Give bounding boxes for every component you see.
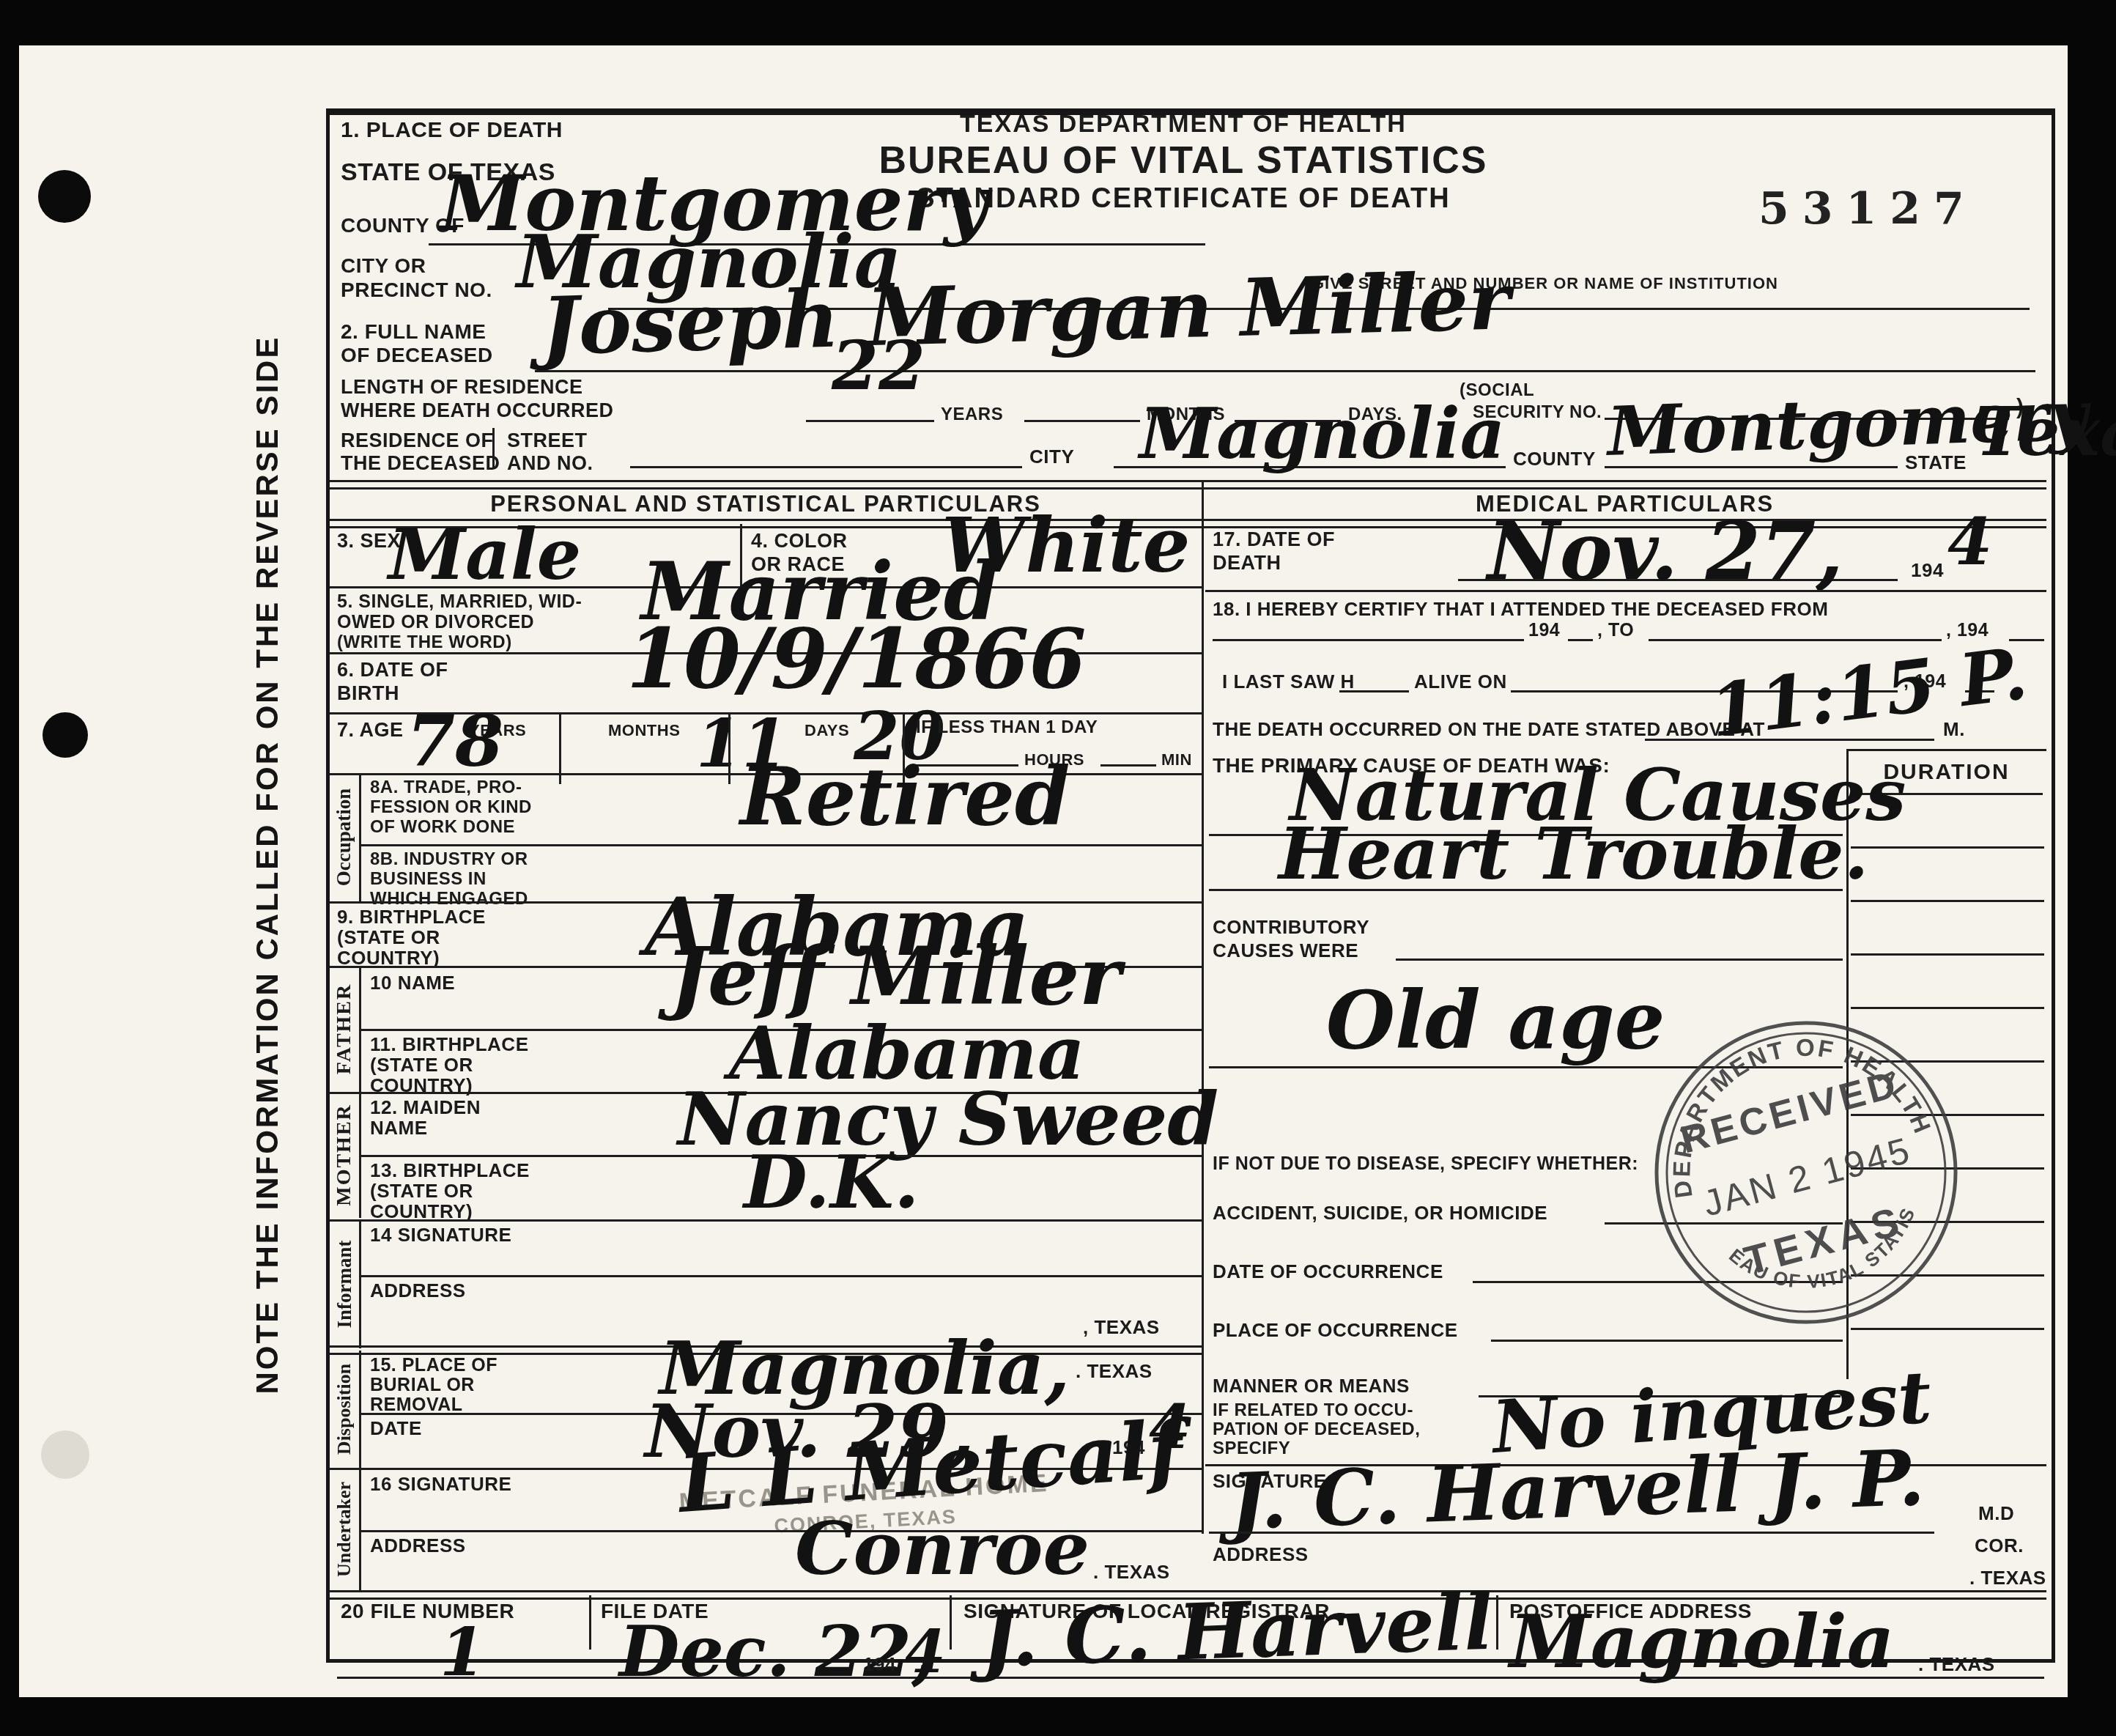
accident-label: ACCIDENT, SUICIDE, OR HOMICIDE: [1213, 1203, 1547, 1223]
certificate-number: 53127: [1758, 183, 1978, 234]
footer-divider: [1496, 1595, 1498, 1650]
res-state-value: Texas: [1975, 402, 2116, 462]
informant-strip: Informant: [330, 1219, 359, 1348]
less-than-day-label: IF LESS THAN 1 DAY: [916, 718, 1098, 736]
footer-divider: [950, 1595, 952, 1650]
residence-of-label-1: RESIDENCE OF: [341, 430, 494, 451]
father-strip: FATHER: [330, 966, 359, 1092]
res-county-label: COUNTY: [1513, 449, 1596, 469]
months-line: [1024, 420, 1140, 422]
street-label-1: STREET: [507, 430, 588, 451]
death-year-hw: 4: [1947, 513, 1992, 571]
sex-value: Male: [388, 524, 581, 587]
res-city-label: CITY: [1029, 447, 1074, 467]
maiden-label-1: 12. MAIDEN: [370, 1098, 481, 1118]
min-label: MIN: [1161, 751, 1192, 768]
residence-length-label-1: LENGTH OF RESIDENCE: [341, 377, 583, 397]
res-state-label: STATE: [1905, 453, 1967, 473]
related-label-2: PATION OF DECEASED,: [1213, 1420, 1420, 1438]
death-occurred-label: THE DEATH OCCURRED ON THE DATE STATED AB…: [1213, 720, 1765, 739]
father-name-value: Jeff Miller: [670, 942, 1121, 1013]
manner-label: MANNER OR MEANS: [1213, 1376, 1410, 1396]
duration-line: [1851, 900, 2044, 902]
marital-label-3: (WRITE THE WORD): [337, 633, 512, 651]
age-label: 7. AGE: [337, 720, 404, 740]
full-name-label-2: OF DECEASED: [341, 344, 493, 366]
postoffice-texas-label: . TEXAS: [1918, 1655, 1995, 1674]
contributory-value: Old age: [1326, 986, 1665, 1057]
certify-text: 18. I HEREBY CERTIFY THAT I ATTENDED THE…: [1213, 599, 1828, 619]
industry-label-2: BUSINESS IN: [370, 870, 487, 888]
contributory-label-2: CAUSES WERE: [1213, 941, 1358, 961]
physician-signature-line: [1209, 1532, 1934, 1534]
md-label: M.D: [1978, 1504, 2014, 1523]
informant-signature-label: 14 SIGNATURE: [370, 1225, 511, 1245]
father-bp-label-1: 11. BIRTHPLACE: [370, 1035, 529, 1054]
date-occurrence-label: DATE OF OCCURRENCE: [1213, 1262, 1443, 1282]
age-months-label: MONTHS: [608, 722, 680, 739]
file-year-hw: 4: [905, 1625, 946, 1678]
certify-year-1: 194: [1528, 621, 1560, 640]
registrar-value: J. C. Harvell: [980, 1587, 1494, 1674]
mother-strip: MOTHER: [330, 1092, 359, 1218]
cor-label: COR.: [1975, 1536, 2024, 1556]
residence-brace: [492, 428, 495, 468]
place-occurrence-label: PLACE OF OCCURRENCE: [1213, 1321, 1458, 1340]
undertaker-texas-label: . TEXAS: [1093, 1562, 1170, 1582]
residence-length-label-2: WHERE DEATH OCCURRED: [341, 400, 614, 421]
death-date-label-2: DEATH: [1213, 553, 1281, 573]
cause-value-2: Heart Trouble.: [1279, 822, 1869, 887]
strip-divider: [359, 1219, 361, 1348]
certify-line-2: [1568, 639, 1593, 641]
mother-bp-label-2: (STATE OR: [370, 1181, 473, 1201]
death-year-print: 194: [1911, 561, 1944, 580]
residence-years-value: 22: [832, 336, 925, 396]
duration-box-top: [1846, 749, 2046, 751]
marital-label-1: 5. SINGLE, MARRIED, WID-: [337, 592, 582, 611]
father-bp-label-2: (STATE OR: [370, 1055, 473, 1075]
undertaker-address-value: Conroe: [795, 1515, 1090, 1581]
street-line: [630, 466, 1022, 468]
trade-label-2: FESSION OR KIND: [370, 798, 532, 816]
section-divider: [330, 480, 2046, 490]
undertaker-signature-label: 16 SIGNATURE: [370, 1474, 511, 1494]
city-label-1: CITY OR: [341, 255, 426, 276]
trade-label-3: OF WORK DONE: [370, 818, 515, 836]
mother-bp-label-1: 13. BIRTHPLACE: [370, 1161, 530, 1181]
duration-line: [1851, 846, 2044, 849]
contributory-label-1: CONTRIBUTORY: [1213, 917, 1369, 937]
informant-texas-label: , TEXAS: [1083, 1318, 1160, 1337]
place-of-death-label: 1. PLACE OF DEATH: [341, 119, 563, 142]
file-number-label: 20 FILE NUMBER: [341, 1600, 514, 1622]
last-saw-label: I LAST SAW H: [1222, 672, 1355, 692]
age-days-label: DAYS: [804, 722, 849, 739]
institution-line: [1436, 308, 2030, 310]
burial-date-label: DATE: [370, 1419, 422, 1438]
row-line: [359, 844, 1202, 846]
undertaker-address-label: ADDRESS: [370, 1536, 466, 1556]
department-title: TEXAS DEPARTMENT OF HEALTH: [711, 111, 1656, 138]
mother-bp-value: D.K.: [744, 1149, 920, 1215]
years-label: YEARS: [941, 405, 1003, 424]
punch-hole: [38, 170, 91, 223]
residence-of-label-2: THE DECEASED: [341, 453, 500, 473]
maiden-label-2: NAME: [370, 1118, 428, 1138]
full-name-line: [535, 370, 2035, 372]
undertaker-strip: Undertaker: [330, 1468, 359, 1590]
industry-label-1: 8B. INDUSTRY OR: [370, 850, 528, 868]
row-line: [330, 1219, 1202, 1222]
signature-line: [359, 1275, 1202, 1277]
not-disease-label: IF NOT DUE TO DISEASE, SPECIFY WHETHER:: [1213, 1154, 1638, 1173]
postoffice-value: Magnolia: [1509, 1608, 1895, 1674]
meridiem-label: M.: [1943, 720, 1965, 739]
occupation-strip: Occupation: [330, 773, 359, 901]
reverse-side-note-text: NOTE THE INFORMATION CALLED FOR ON THE R…: [250, 336, 285, 1395]
full-name-label-1: 2. FULL NAME: [341, 321, 486, 342]
disposition-strip: Disposition: [330, 1351, 359, 1468]
certify-to-label: , TO: [1597, 621, 1634, 640]
informant-address-label: ADDRESS: [370, 1281, 466, 1301]
punch-hole: [42, 712, 88, 758]
file-number-value: 1: [440, 1623, 486, 1683]
street-label-2: AND NO.: [507, 453, 593, 473]
duration-line: [1851, 953, 2044, 956]
last-saw-line-1: [1339, 690, 1409, 692]
related-label-1: IF RELATED TO OCCU-: [1213, 1401, 1413, 1419]
death-date-label-1: 17. DATE OF: [1213, 529, 1335, 550]
punch-hole-light: [41, 1430, 89, 1479]
file-year-print: 194: [863, 1655, 896, 1674]
burial-label-3: REMOVAL: [370, 1395, 463, 1414]
birthplace-label-2: (STATE OR: [337, 928, 440, 948]
reverse-side-note: NOTE THE INFORMATION CALLED FOR ON THE R…: [242, 293, 293, 1436]
death-date-value: Nov. 27,: [1487, 517, 1843, 588]
res-city-value: Magnolia: [1139, 403, 1505, 466]
duration-line: [1851, 1328, 2044, 1330]
physician-texas-label: . TEXAS: [1969, 1568, 2046, 1588]
physician-address-label: ADDRESS: [1213, 1545, 1309, 1565]
strip-divider: [359, 1468, 361, 1590]
trade-label-1: 8A. TRADE, PRO-: [370, 778, 522, 797]
certify-line-3: [1649, 639, 1942, 641]
dob-label-1: 6. DATE OF: [337, 660, 448, 680]
row-line: [1205, 590, 2046, 592]
full-name-value: Joseph Morgan Miller: [540, 266, 1511, 363]
father-name-label: 10 NAME: [370, 973, 455, 993]
city-label-2: PRECINCT NO.: [341, 279, 492, 300]
birthplace-label-1: 9. BIRTHPLACE: [337, 907, 486, 927]
alive-on-label: ALIVE ON: [1414, 672, 1507, 692]
marital-label-2: OWED OR DIVORCED: [337, 613, 534, 632]
burial-label-2: BURIAL OR: [370, 1375, 475, 1395]
footer-divider: [589, 1595, 591, 1650]
strip-divider: [359, 1351, 361, 1468]
burial-label-1: 15. PLACE OF: [370, 1356, 497, 1375]
years-line: [806, 420, 934, 422]
strip-divider: [359, 773, 361, 901]
burial-texas-label: . TEXAS: [1076, 1362, 1153, 1381]
column-divider: [1202, 480, 1204, 1534]
age-years-value: 78: [407, 711, 503, 774]
physician-signature-value: J. C. Harvell J. P.: [1229, 1443, 1926, 1537]
certify-line-1: [1213, 639, 1524, 641]
dob-value: 10/9/1866: [626, 623, 1086, 697]
dob-label-2: BIRTH: [337, 683, 399, 703]
trade-value: Retired: [740, 762, 1070, 833]
contributory-line: [1396, 959, 1843, 961]
min-line: [1100, 764, 1156, 767]
